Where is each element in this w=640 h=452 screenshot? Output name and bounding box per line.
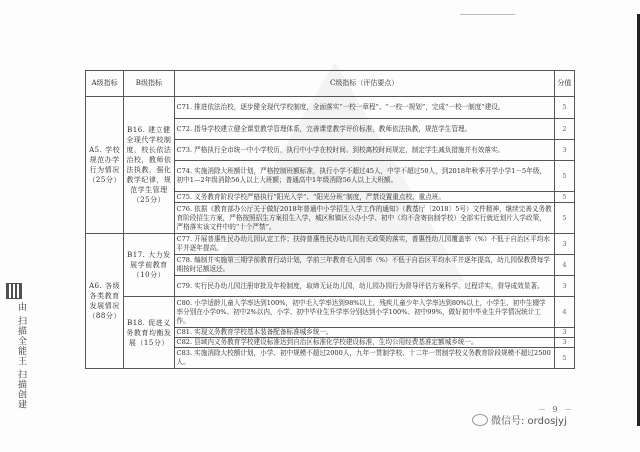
c-indicator: C76. 依据《教育部办公厅关于做好2018年普通中小学招生入学工作的通知》（教… <box>174 203 554 234</box>
b-indicator: B18. 促进义务教育均衡发展（15分） <box>124 297 174 369</box>
c-indicator: C72. 指导学校建立健全课堂教学管理体系，完善课堂教学评价标准，教师依法执教，… <box>174 119 554 140</box>
b-indicator: B16. 建立健全现代学校制度，校长依法治校，教师依法执教，强化教学纪律，规范学… <box>124 97 174 234</box>
score: 4 <box>554 297 574 328</box>
wechat-icon <box>472 414 488 426</box>
wechat-watermark: 微信号: ordosjyj <box>472 412 567 427</box>
c-indicator: C73. 严格执行全市统一中小学校历，执行中小学在校时间、到校离校时间规定，制定… <box>174 140 554 161</box>
table-row: A6. 各级各类教育发展情况（88分） B17. 大力发展学前教育（10分） C… <box>86 234 575 255</box>
c-indicator: C79. 实行民办幼儿园注册审批及年检制度，取缔无证幼儿园，幼儿园办园行为督导评… <box>174 276 554 297</box>
score: 3 <box>554 328 574 338</box>
c-indicator: C77. 开展普惠性民办幼儿园认定工作；扶持普惠性民办幼儿园有关政策的落实，普惠… <box>174 234 554 255</box>
score: 2 <box>554 119 574 140</box>
c-indicator: C78. 编制并实施第三期学前教育行动计划，学前三年教育毛入园率（%）不低于自治… <box>174 255 554 276</box>
qr-code-icon <box>6 283 22 299</box>
score: 5 <box>554 192 574 203</box>
a-indicator: A5. 学校规范办学行为情况（25分） <box>86 97 124 234</box>
scanner-label: 由 扫描全能王 扫描创建 <box>15 302 28 410</box>
score: 5 <box>554 203 574 234</box>
b-indicator: B17. 大力发展学前教育（10分） <box>124 234 174 297</box>
score: 5 <box>554 97 574 119</box>
c-indicator: C82. 县域内义务教育学校建设标准达到自治区标准化学校建设标准，生均公用经费基… <box>174 338 554 348</box>
score: 3 <box>554 276 574 297</box>
table-row: A5. 学校规范办学行为情况（25分） B16. 建立健全现代学校制度，校长依法… <box>86 97 575 119</box>
score: 3 <box>554 338 574 348</box>
score: 5 <box>554 348 574 369</box>
header-a-level: A级指标 <box>86 71 124 97</box>
c-indicator: C71. 推进依法治校，逐步健全现代学校制度，全面落实“一校一章程”、“一校一规… <box>174 97 554 119</box>
a-indicator: A6. 各级各类教育发展情况（88分） <box>86 234 124 369</box>
header-b-level: B级指标 <box>124 71 174 97</box>
c-indicator: C74. 实施消除大班额计划，严格控制班额标准，执行小学不超过45人，中学不超过… <box>174 161 554 192</box>
score: 3 <box>554 234 574 255</box>
table-row: B18. 促进义务教育均衡发展（15分） C80. 小学适龄儿童入学率达到100… <box>86 297 575 328</box>
c-indicator: C75. 义务教育阶段学校严格执行“阳光入学”、“阳光分班”制度，严禁设置重点校… <box>174 192 554 203</box>
score: 3 <box>554 140 574 161</box>
header-c-level: C级指标（评估要点） <box>174 71 554 97</box>
score: 4 <box>554 255 574 276</box>
c-indicator: C81. 实现义务教育学校基本装备配备标准城乡统一。 <box>174 328 554 338</box>
c-indicator: C83. 实施消除大校额计划，小学、初中规模不超过2000人，九年一贯制学校、十… <box>174 348 554 369</box>
evaluation-table: A级指标 B级指标 C级指标（评估要点） 分值 A5. 学校规范办学行为情况（2… <box>85 70 575 369</box>
header-score: 分值 <box>554 71 574 97</box>
table-header-row: A级指标 B级指标 C级指标（评估要点） 分值 <box>86 71 575 97</box>
score: 5 <box>554 161 574 192</box>
wechat-id: 微信号: ordosjyj <box>491 412 567 427</box>
c-indicator: C80. 小学适龄儿童入学率达到100%，初中毛入学率达到98%以上，残疾儿童少… <box>174 297 554 328</box>
page-edge-top <box>460 14 515 15</box>
